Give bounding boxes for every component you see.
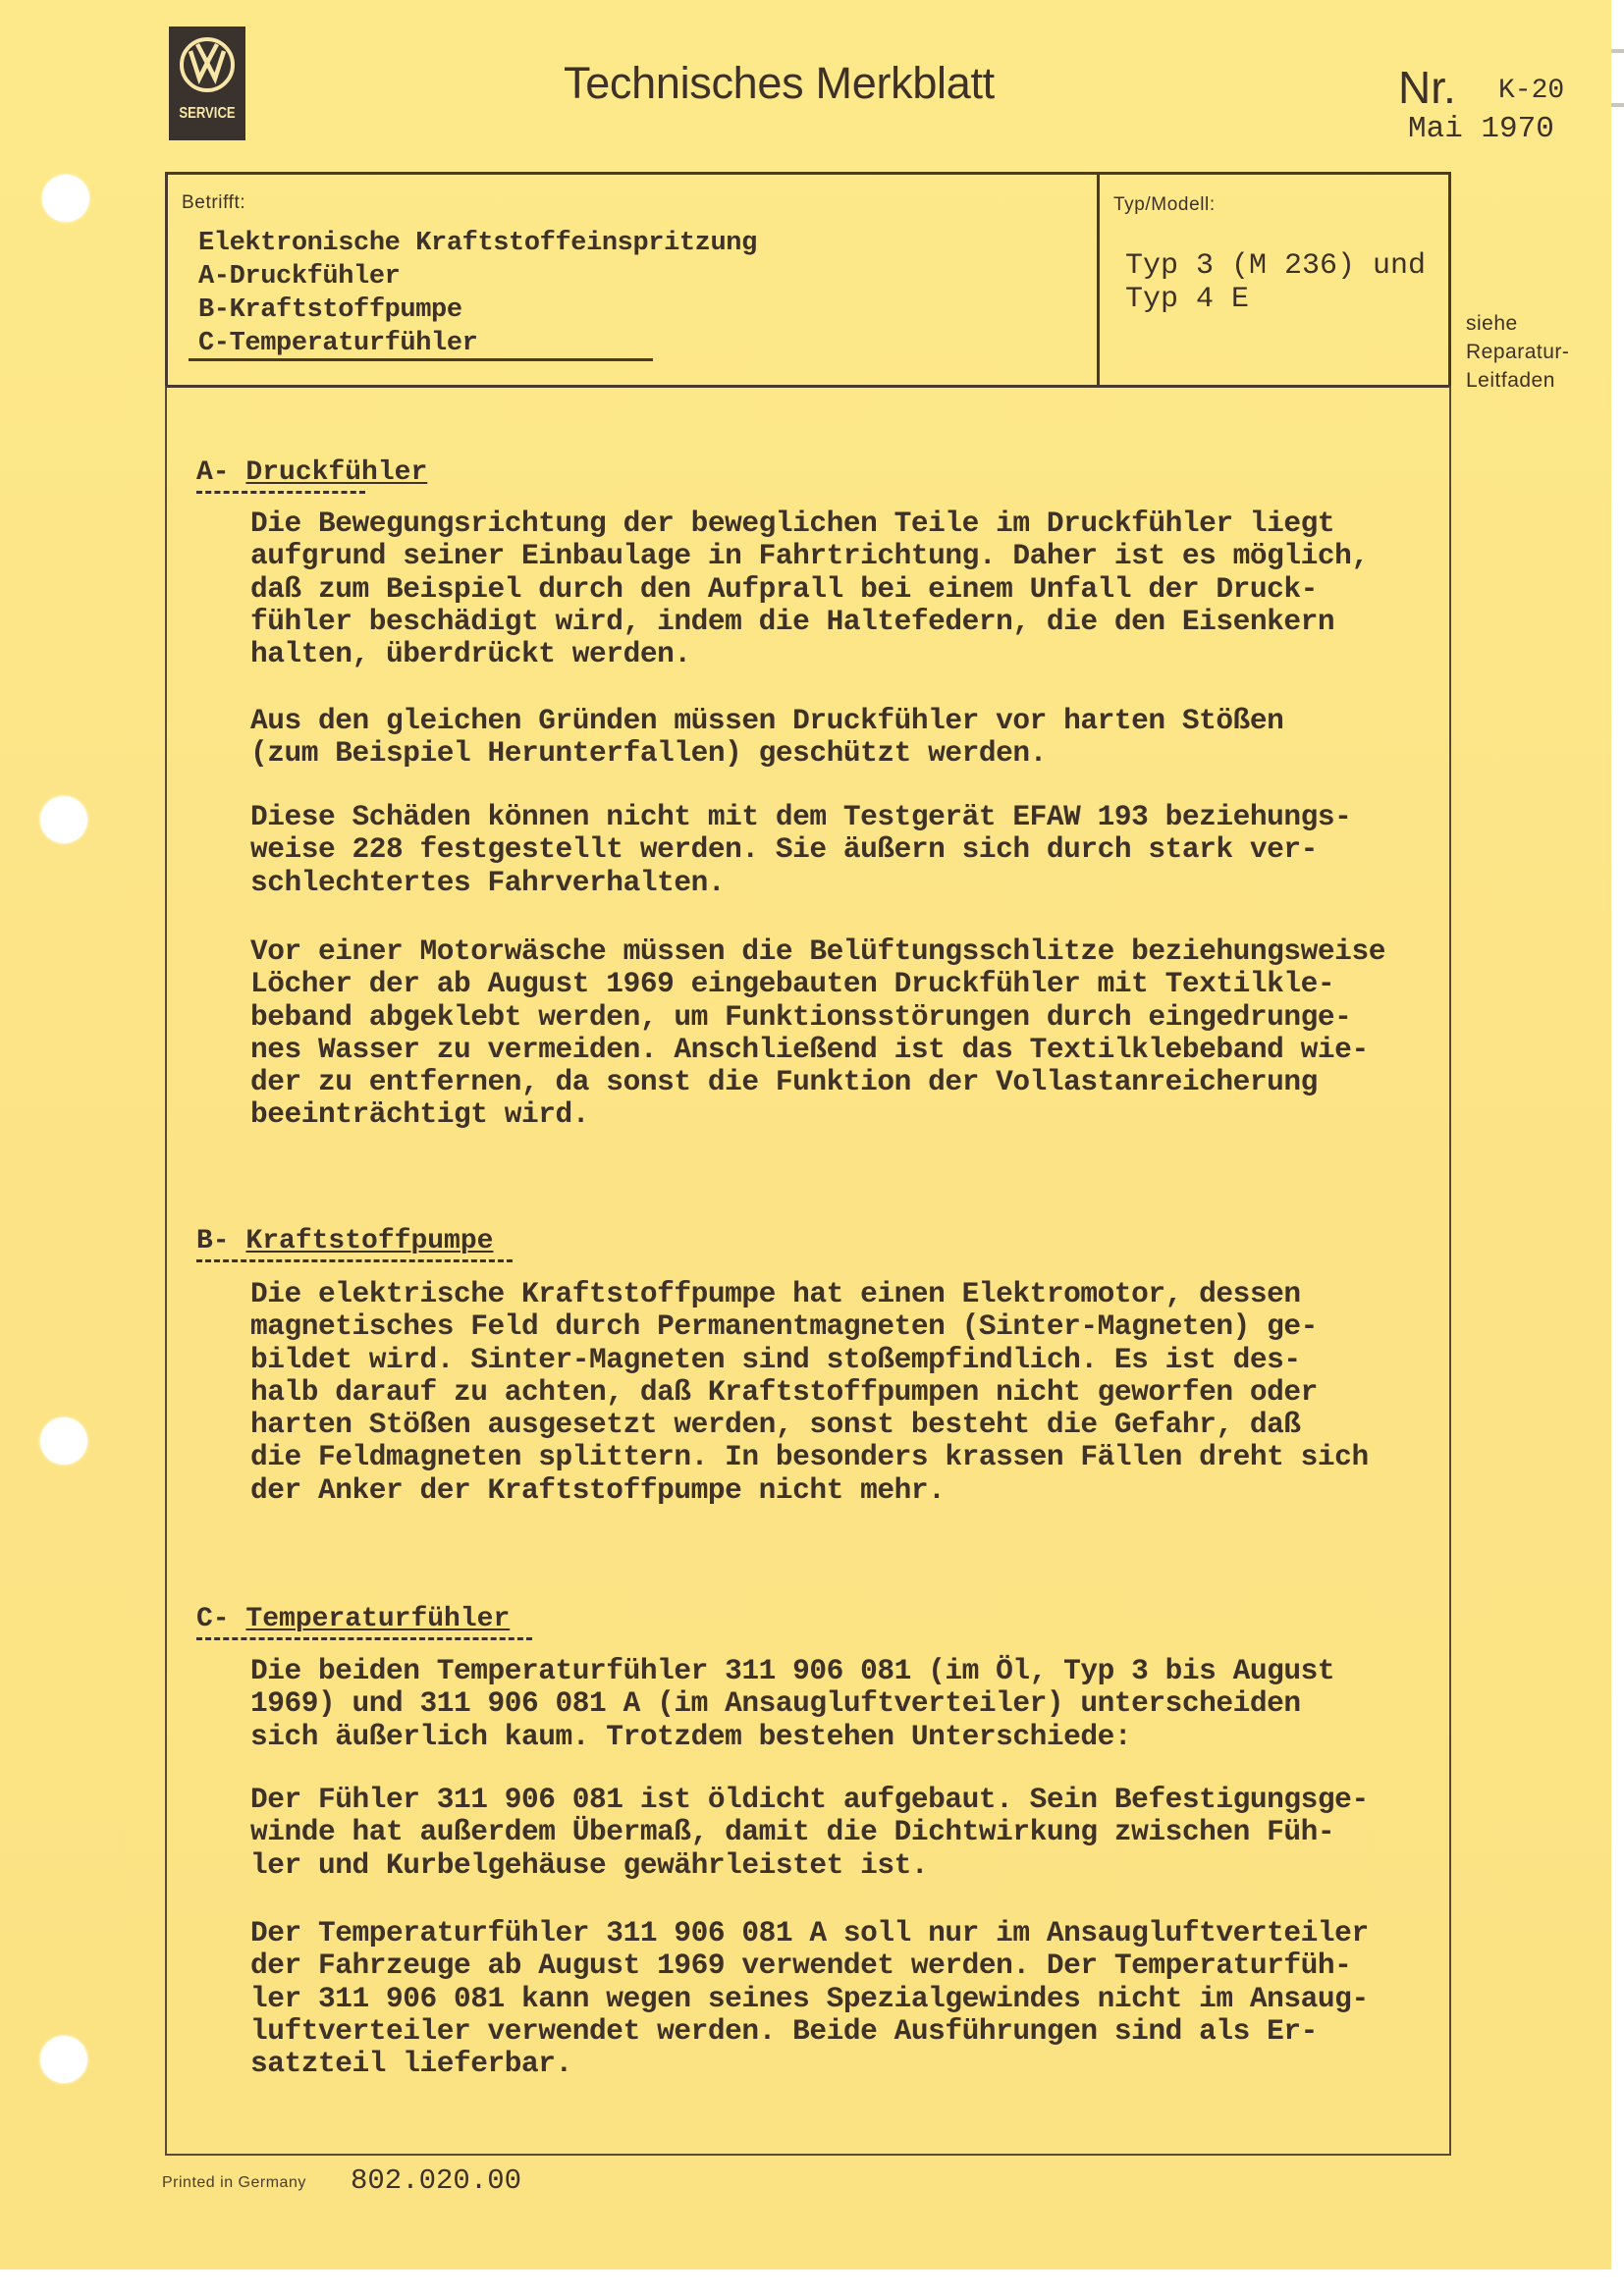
subject-box: Betrifft: Elektronische Kraftstoffeinspr…	[165, 172, 1451, 388]
printed-in-note: Printed in Germany	[162, 2173, 306, 2193]
section-heading-c: C- Temperaturfühler	[196, 1604, 532, 1640]
vw-emblem-icon	[178, 35, 237, 94]
document-page: SERVICE Technisches Merkblatt Nr. K-20 M…	[0, 0, 1611, 2269]
section-heading-b: B- Kraftstoffpumpe	[196, 1226, 513, 1262]
section-title: Druckfühler	[245, 457, 427, 488]
paragraph: Der Temperaturfühler 311 906 081 A soll …	[250, 1917, 1448, 2080]
dashed-underline	[196, 1259, 513, 1262]
paragraph: Vor einer Motorwäsche müssen die Belüftu…	[250, 935, 1448, 1132]
subject-line: A-Druckfühler	[198, 260, 757, 294]
paragraph: Die elektrische Kraftstoffpumpe hat eine…	[250, 1278, 1448, 1507]
subject-line: B-Kraftstoffpumpe	[198, 294, 757, 327]
section-prefix: C-	[196, 1604, 230, 1634]
dashed-underline	[196, 491, 365, 494]
see-also-line: Leitfaden	[1466, 366, 1569, 395]
vw-service-logo: SERVICE	[169, 27, 245, 140]
paragraph: Aus den gleichen Gründen müssen Druckfüh…	[250, 705, 1448, 771]
subject-lines: Elektronische Kraftstoffeinspritzung A-D…	[198, 227, 757, 360]
paragraph: Die beiden Temperaturfühler 311 906 081 …	[250, 1655, 1448, 1753]
document-title: Technisches Merkblatt	[564, 59, 995, 108]
model-label: Typ/Modell:	[1113, 194, 1216, 216]
number-label: Nr.	[1398, 63, 1456, 112]
document-date: Mai 1970	[1408, 114, 1554, 145]
model-line: Typ 4 E	[1125, 283, 1426, 316]
section-prefix: A-	[196, 457, 230, 488]
see-also-line: Reparatur-	[1466, 338, 1569, 366]
paragraph: Diese Schäden können nicht mit dem Testg…	[250, 801, 1448, 899]
subject-line: C-Temperaturfühler	[198, 327, 757, 360]
section-title: Kraftstoffpumpe	[245, 1226, 493, 1256]
document-number: K-20	[1498, 77, 1564, 106]
dashed-underline	[196, 1637, 532, 1640]
logo-service-text: SERVICE	[176, 105, 239, 123]
see-also-line: siehe	[1466, 309, 1569, 338]
paragraph: Der Fühler 311 906 081 ist öldicht aufge…	[250, 1784, 1448, 1882]
punch-hole	[40, 1417, 87, 1465]
subject-label: Betrifft:	[182, 192, 245, 214]
model-line: Typ 3 (M 236) und	[1125, 249, 1426, 283]
subject-line: Elektronische Kraftstoffeinspritzung	[198, 227, 757, 260]
section-heading-a: A- Druckfühler	[196, 457, 427, 494]
paragraph: Die Bewegungsrichtung der beweglichen Te…	[250, 507, 1448, 670]
punch-hole	[40, 2036, 87, 2083]
section-prefix: B-	[196, 1226, 230, 1256]
scan-edge-mark	[1611, 103, 1624, 107]
punch-hole	[40, 796, 87, 843]
punch-hole	[42, 175, 89, 222]
subject-underline	[189, 358, 653, 361]
see-also-note: siehe Reparatur- Leitfaden	[1466, 309, 1569, 395]
section-title: Temperaturfühler	[245, 1604, 510, 1634]
box-divider	[1097, 175, 1100, 385]
model-lines: Typ 3 (M 236) und Typ 4 E	[1125, 249, 1426, 316]
scan-edge-mark	[1611, 49, 1624, 53]
form-code: 802.020.00	[351, 2166, 521, 2196]
